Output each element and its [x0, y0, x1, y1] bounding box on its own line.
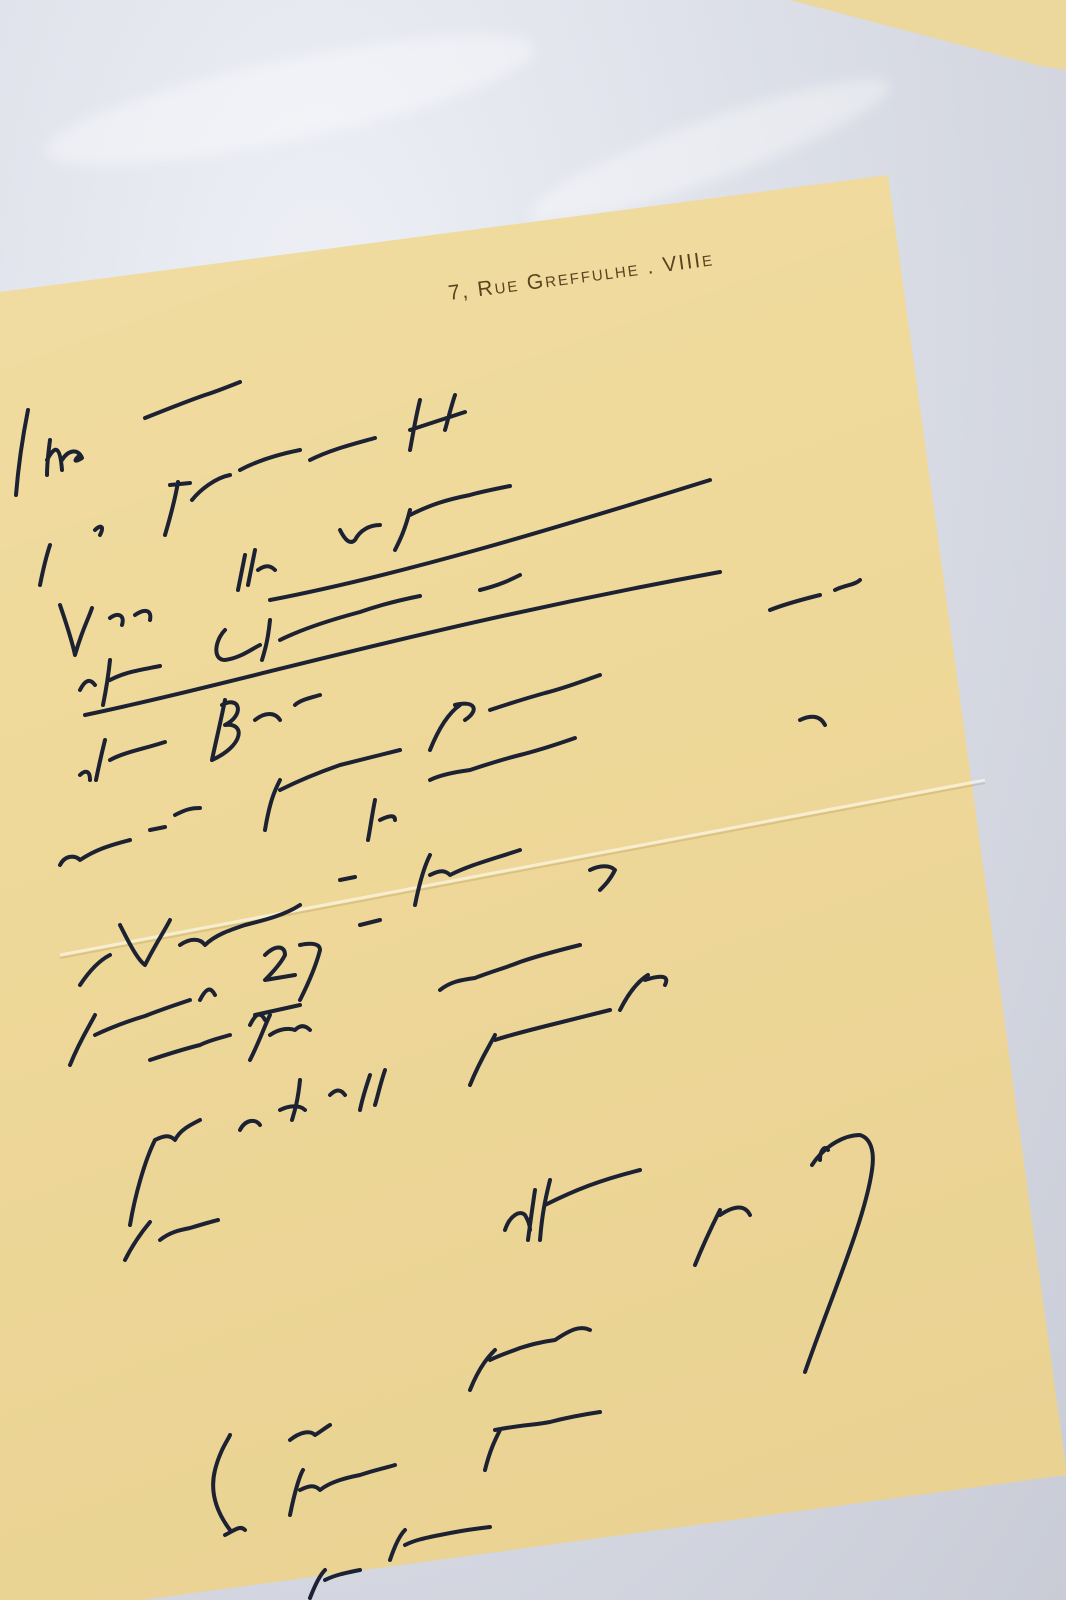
handwriting-salutation: [16, 410, 82, 495]
handwriting-ink: [0, 0, 1066, 1600]
